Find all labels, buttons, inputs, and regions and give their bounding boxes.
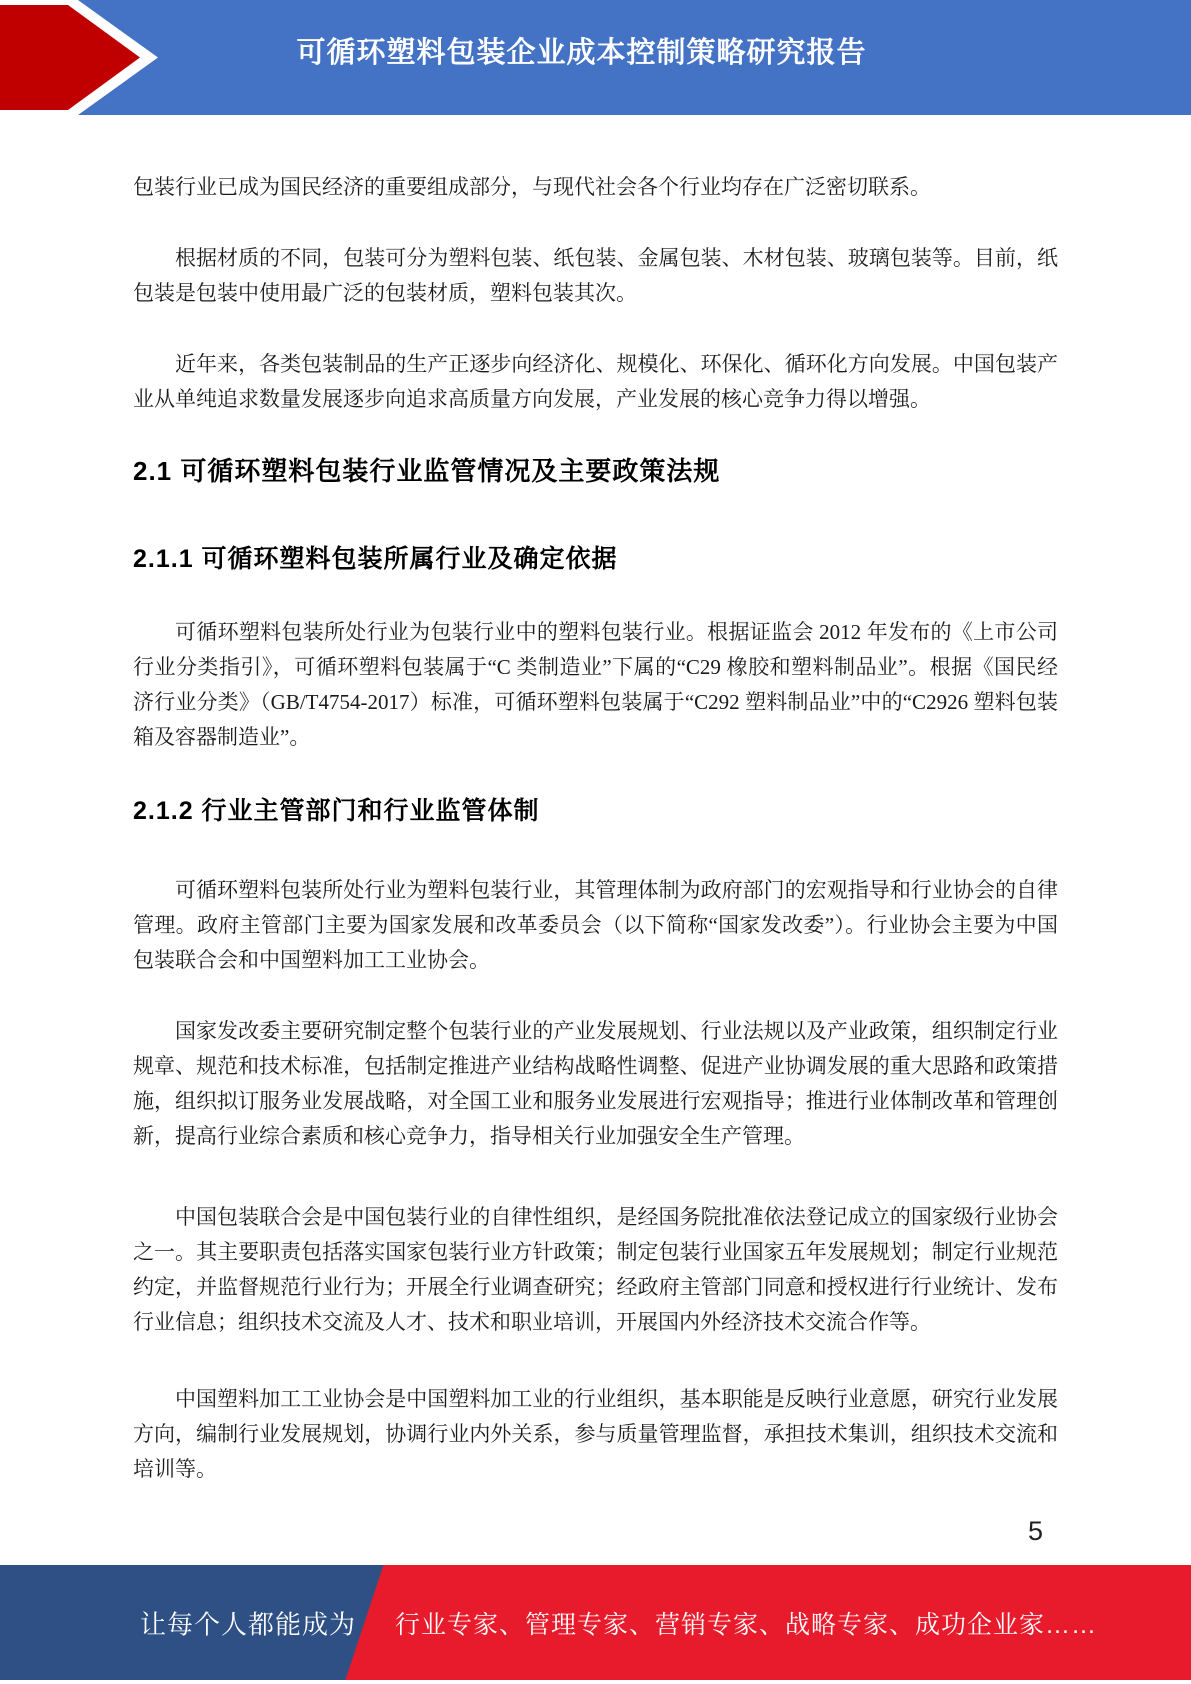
report-title: 可循环塑料包装企业成本控制策略研究报告 [0, 0, 1191, 115]
section-heading-2-1-1: 2.1.1 可循环塑料包装所属行业及确定依据 [133, 539, 1058, 579]
footer-left-slogan: 让每个人都能成为 [140, 1604, 356, 1641]
footer-right-slogan: 行业专家、管理专家、营销专家、战略专家、成功企业家…… [395, 1605, 1097, 1641]
page-number: 5 [1028, 1516, 1043, 1547]
report-header: 可循环塑料包装企业成本控制策略研究报告 [0, 0, 1191, 115]
document-body: 包装行业已成为国民经济的重要组成部分，与现代社会各个行业均存在广泛密切联系。 根… [133, 115, 1058, 1487]
paragraph-ndrc-duties: 国家发改委主要研究制定整个包装行业的产业发展规划、行业法规以及产业政策，组织制定… [133, 1014, 1058, 1154]
paragraph-plastics-association: 中国塑料加工工业协会是中国塑料加工业的行业组织，基本职能是反映行业意愿，研究行业… [133, 1382, 1058, 1487]
page-footer: 让每个人都能成为 行业专家、管理专家、营销专家、战略专家、成功企业家…… [0, 1565, 1191, 1680]
paragraph-intro-1: 包装行业已成为国民经济的重要组成部分，与现代社会各个行业均存在广泛密切联系。 [133, 170, 1058, 205]
paragraph-industry-classification: 可循环塑料包装所处行业为包装行业中的塑料包装行业。根据证监会 2012 年发布的… [133, 615, 1058, 755]
section-heading-2-1-2: 2.1.2 行业主管部门和行业监管体制 [133, 791, 1058, 831]
paragraph-packaging-federation: 中国包装联合会是中国包装行业的自律性组织，是经国务院批准依法登记成立的国家级行业… [133, 1200, 1058, 1340]
paragraph-regulation-overview: 可循环塑料包装所处行业为塑料包装行业，其管理体制为政府部门的宏观指导和行业协会的… [133, 873, 1058, 978]
paragraph-intro-2: 根据材质的不同，包装可分为塑料包装、纸包装、金属包装、木材包装、玻璃包装等。目前… [133, 241, 1058, 311]
paragraph-intro-3: 近年来，各类包装制品的生产正逐步向经济化、规模化、环保化、循环化方向发展。中国包… [133, 347, 1058, 417]
section-heading-2-1: 2.1 可循环塑料包装行业监管情况及主要政策法规 [133, 451, 1058, 491]
document-page: 可循环塑料包装企业成本控制策略研究报告 包装行业已成为国民经济的重要组成部分，与… [0, 0, 1191, 1684]
